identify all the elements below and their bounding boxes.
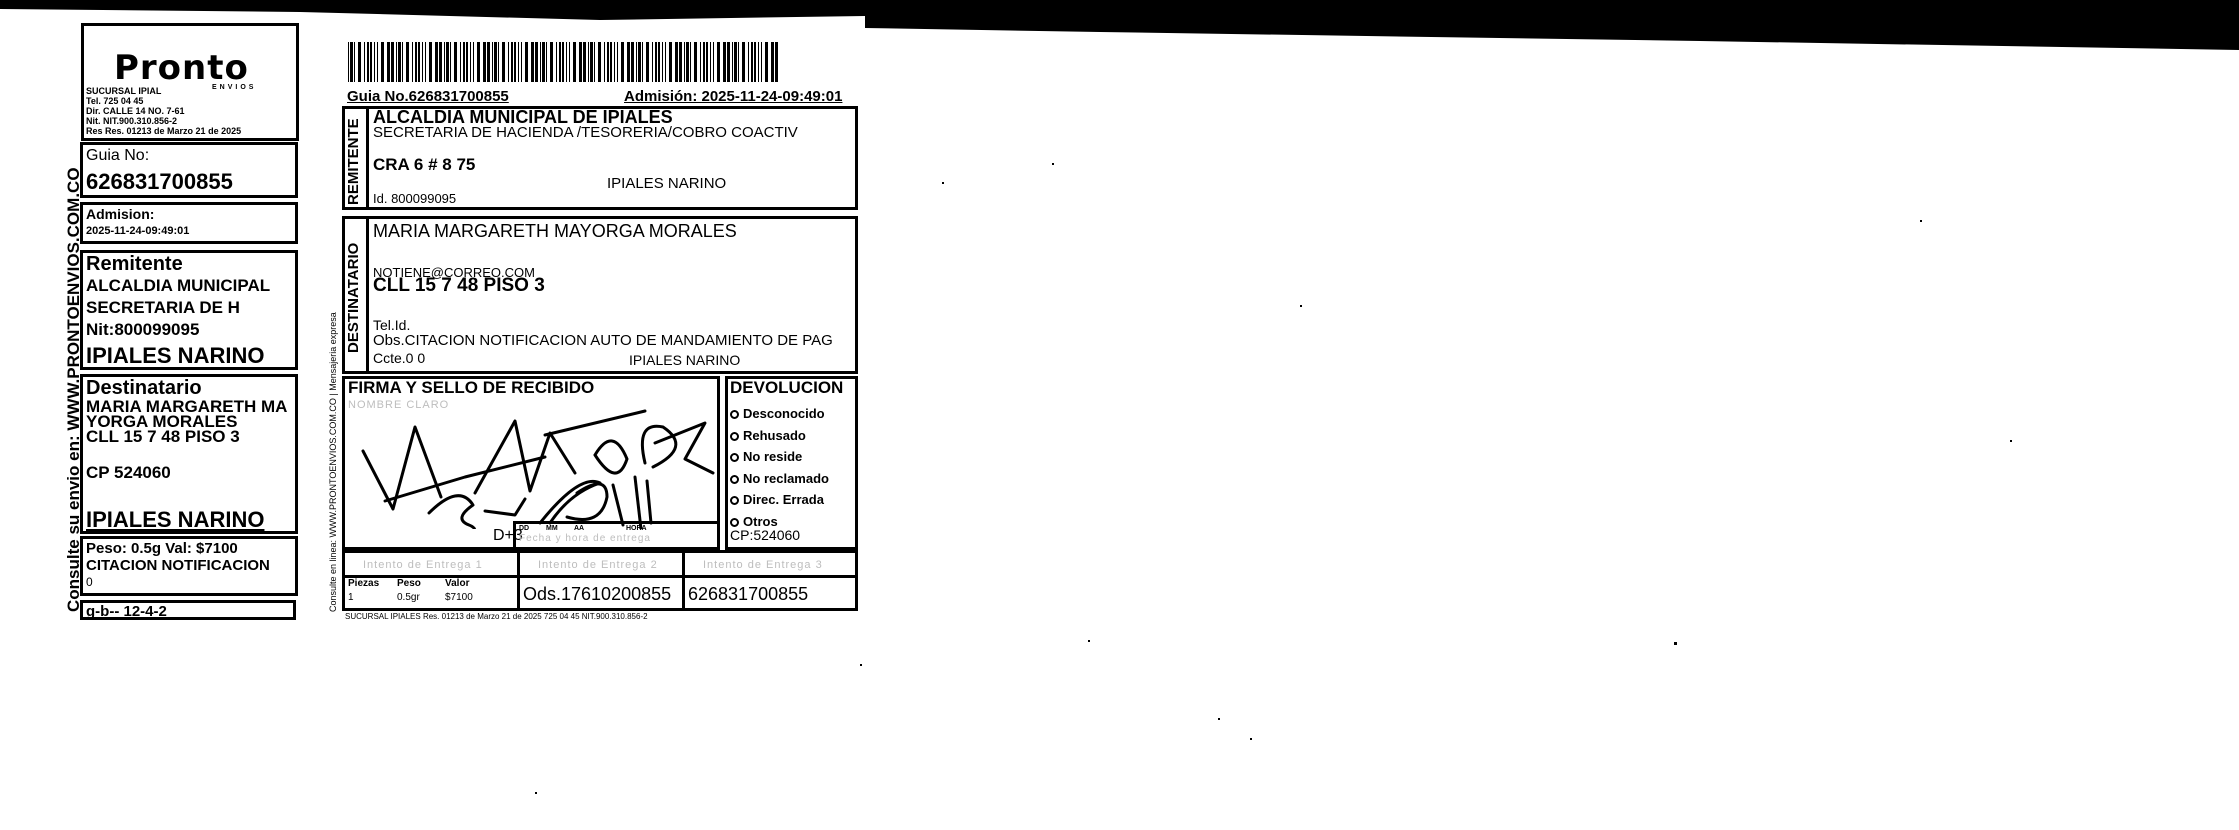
guia-number: 626831700855: [86, 169, 233, 195]
piezas-peso-valor-box: Piezas 1 Peso 0.5gr Valor $7100: [342, 575, 520, 611]
devolucion-cp: CP:524060: [730, 527, 800, 543]
main-side-url[interactable]: Consulte en linea: WWW.PRONTOENVIOS.COM.…: [328, 312, 338, 612]
remitente-label: Remitente: [86, 253, 183, 276]
radio-icon[interactable]: [730, 410, 739, 419]
main-guia-header: Guia No.626831700855: [347, 88, 509, 105]
stub-remitente-box: Remitente ALCALDIA MUNICIPAL SECRETARIA …: [80, 250, 298, 370]
admision-label: Admision:: [86, 206, 154, 222]
destinatario-city: IPIALES NARINO: [86, 507, 264, 533]
remitente-dept: SECRETARIA DE HACIENDA /TESORERIA/COBRO …: [373, 124, 798, 141]
remitente-id: Id. 800099095: [373, 191, 456, 206]
delivery-date-box[interactable]: DD MM AA HORA Fecha y hora de entrega: [513, 521, 720, 550]
destinatario-city: IPIALES NARINO: [629, 352, 740, 368]
remitente-lines: ALCALDIA MUNICIPAL SECRETARIA DE H Nit:8…: [86, 275, 270, 341]
option-desconocido[interactable]: Desconocido: [730, 403, 829, 425]
remitente-city: IPIALES NARINO: [607, 175, 726, 192]
pronto-logo: Pronto: [114, 48, 249, 88]
ods-box: Ods.17610200855: [517, 575, 685, 611]
destinatario-cp: CP 524060: [86, 463, 171, 483]
radio-icon[interactable]: [730, 475, 739, 484]
radio-icon[interactable]: [730, 496, 739, 505]
main-destinatario-box: DESTINATARIO MARIA MARGARETH MAYORGA MOR…: [342, 216, 858, 374]
stub-contenido-box: Peso: 0.5g Val: $7100 CITACION NOTIFICAC…: [80, 536, 298, 596]
main-guia-number: 626831700855: [688, 584, 808, 605]
destinatario-address: CLL 15 7 48 PISO 3: [373, 275, 545, 297]
admision-value: 2025-11-24-09:49:01: [86, 225, 189, 237]
firma-title: FIRMA Y SELLO DE RECIBIDO: [348, 378, 594, 398]
destinatario-name: MARIA MARGARETH MAYORGA MORALES: [373, 221, 737, 242]
contenido-extra: 0: [86, 575, 93, 589]
option-direc-errada[interactable]: Direc. Errada: [730, 489, 829, 511]
route-code: g-b-- 12-4-2: [86, 603, 167, 620]
firma-box: FIRMA Y SELLO DE RECIBIDO NOMBRE CLARO D…: [342, 376, 720, 550]
option-no-reside[interactable]: No reside: [730, 446, 829, 468]
stub-admision-box: Admision: 2025-11-24-09:49:01: [80, 202, 298, 244]
branch-info: SUCURSAL IPIAL Tel. 725 04 45 Dir. CALLE…: [86, 86, 241, 136]
entrega-intento-3: Intento de Entrega 3: [682, 550, 858, 578]
barcode: [348, 42, 782, 82]
destinatario-side-label: DESTINATARIO: [345, 243, 362, 353]
peso-valor: Peso: 0.5g Val: $7100: [86, 540, 238, 557]
devolucion-options: Desconocido Rehusado No reside No reclam…: [730, 403, 829, 532]
handwritten-signature: [345, 403, 717, 529]
stub-branch-box: Pronto ENVIOS SUCURSAL IPIAL Tel. 725 04…: [81, 23, 299, 141]
destinatario-obs: Obs.CITACION NOTIFICACION AUTO DE MANDAM…: [373, 332, 833, 349]
stub-guia-box: Guia No: 626831700855: [80, 142, 298, 198]
main-footer: SUCURSAL IPIALES Res. 01213 de Marzo 21 …: [345, 612, 648, 621]
entrega-intento-1: Intento de Entrega 1: [342, 550, 520, 578]
remitente-address: CRA 6 # 8 75: [373, 155, 475, 175]
remitente-city: IPIALES NARINO: [86, 343, 264, 369]
destinatario-tel: Tel.Id.: [373, 317, 410, 333]
guia-label: Guia No:: [86, 147, 149, 165]
main-admision-header: Admisión: 2025-11-24-09:49:01: [624, 88, 842, 105]
option-rehusado[interactable]: Rehusado: [730, 425, 829, 447]
contenido: CITACION NOTIFICACION: [86, 557, 270, 574]
remitente-side-label: REMITENTE: [345, 118, 362, 205]
option-no-reclamado[interactable]: No reclamado: [730, 468, 829, 490]
stub-side-url[interactable]: Consulte su envio en: WWW.PRONTOENVIOS.C…: [64, 167, 84, 612]
main-remitente-box: REMITENTE ALCALDIA MUNICIPAL DE IPIALES …: [342, 106, 858, 210]
destinatario-ccte: Ccte.0 0: [373, 350, 425, 366]
devolucion-box: DEVOLUCION Desconocido Rehusado No resid…: [725, 376, 858, 550]
radio-icon[interactable]: [730, 432, 739, 441]
stub-route-box: g-b-- 12-4-2: [80, 600, 296, 620]
main-guia-number-box: 626831700855: [682, 575, 858, 611]
radio-icon[interactable]: [730, 453, 739, 462]
devolucion-title: DEVOLUCION: [730, 378, 843, 398]
scan-shadow-band: [0, 0, 2239, 60]
stub-destinatario-box: Destinatario MARIA MARGARETH MA YORGA MO…: [80, 374, 298, 534]
entrega-intento-2: Intento de Entrega 2: [517, 550, 685, 578]
destinatario-lines: MARIA MARGARETH MA YORGA MORALES CLL 15 …: [86, 399, 287, 444]
ods-number: Ods.17610200855: [523, 584, 671, 605]
radio-icon[interactable]: [730, 518, 739, 527]
